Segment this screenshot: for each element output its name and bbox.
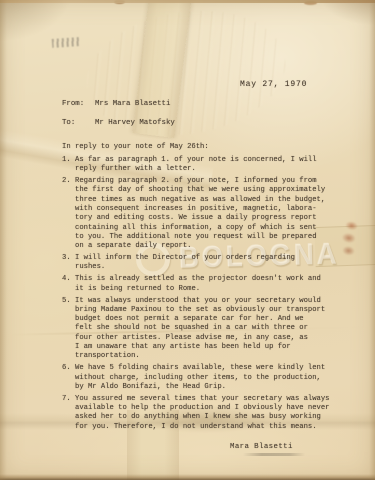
item-text: Regarding paragraph 2. of your note, I i… — [75, 177, 325, 251]
letter-date: May 27, 1970 — [240, 80, 307, 89]
item-text: We have 5 folding chairs available, thes… — [75, 364, 325, 392]
salutation-line: In reply to your note of May 26th: — [62, 143, 209, 151]
item-number: 7. — [62, 395, 75, 432]
signature: Mara Blasetti — [230, 443, 293, 451]
item-number: 5. — [62, 297, 75, 362]
list-item: 6. We have 5 folding chairs available, t… — [62, 364, 329, 392]
to-label: To: — [62, 114, 95, 133]
to-line: To: Mr Harvey Matofsky — [62, 114, 175, 133]
list-item: 5. It was always understood that you or … — [62, 297, 329, 362]
item-number: 2. — [62, 177, 75, 251]
list-item: 4. This is already settled as the projec… — [62, 275, 329, 294]
letter-content: May 27, 1970 From: Mrs Mara Blasetti To:… — [0, 0, 375, 480]
from-label: From: — [62, 95, 95, 114]
item-number: 6. — [62, 364, 75, 392]
list-item: 3. I will inform the Director of your or… — [62, 254, 329, 273]
list-item: 7. You assured me several times that you… — [62, 395, 329, 432]
item-text: This is already settled as the projector… — [75, 275, 321, 294]
item-text: You assured me several times that your s… — [75, 395, 329, 432]
item-number: 1. — [62, 156, 75, 175]
item-text: It was always understood that you or you… — [75, 297, 325, 362]
item-text: I will inform the Director of your order… — [75, 254, 295, 273]
item-text: As far as paragraph 1. of your note is c… — [75, 156, 317, 175]
to-name: Mr Harvey Matofsky — [95, 114, 175, 133]
item-number: 4. — [62, 275, 75, 294]
item-number: 3. — [62, 254, 75, 273]
scanned-letter: BOLOGNA May 27, 1970 From: Mrs Mara Blas… — [0, 0, 375, 480]
letter-header: From: Mrs Mara Blasetti To: Mr Harvey Ma… — [62, 95, 175, 133]
from-name: Mrs Mara Blasetti — [95, 95, 170, 114]
list-item: 2. Regarding paragraph 2. of your note, … — [62, 177, 329, 251]
from-line: From: Mrs Mara Blasetti — [62, 95, 175, 114]
list-item: 1. As far as paragraph 1. of your note i… — [62, 156, 329, 175]
numbered-list: 1. As far as paragraph 1. of your note i… — [62, 156, 329, 434]
